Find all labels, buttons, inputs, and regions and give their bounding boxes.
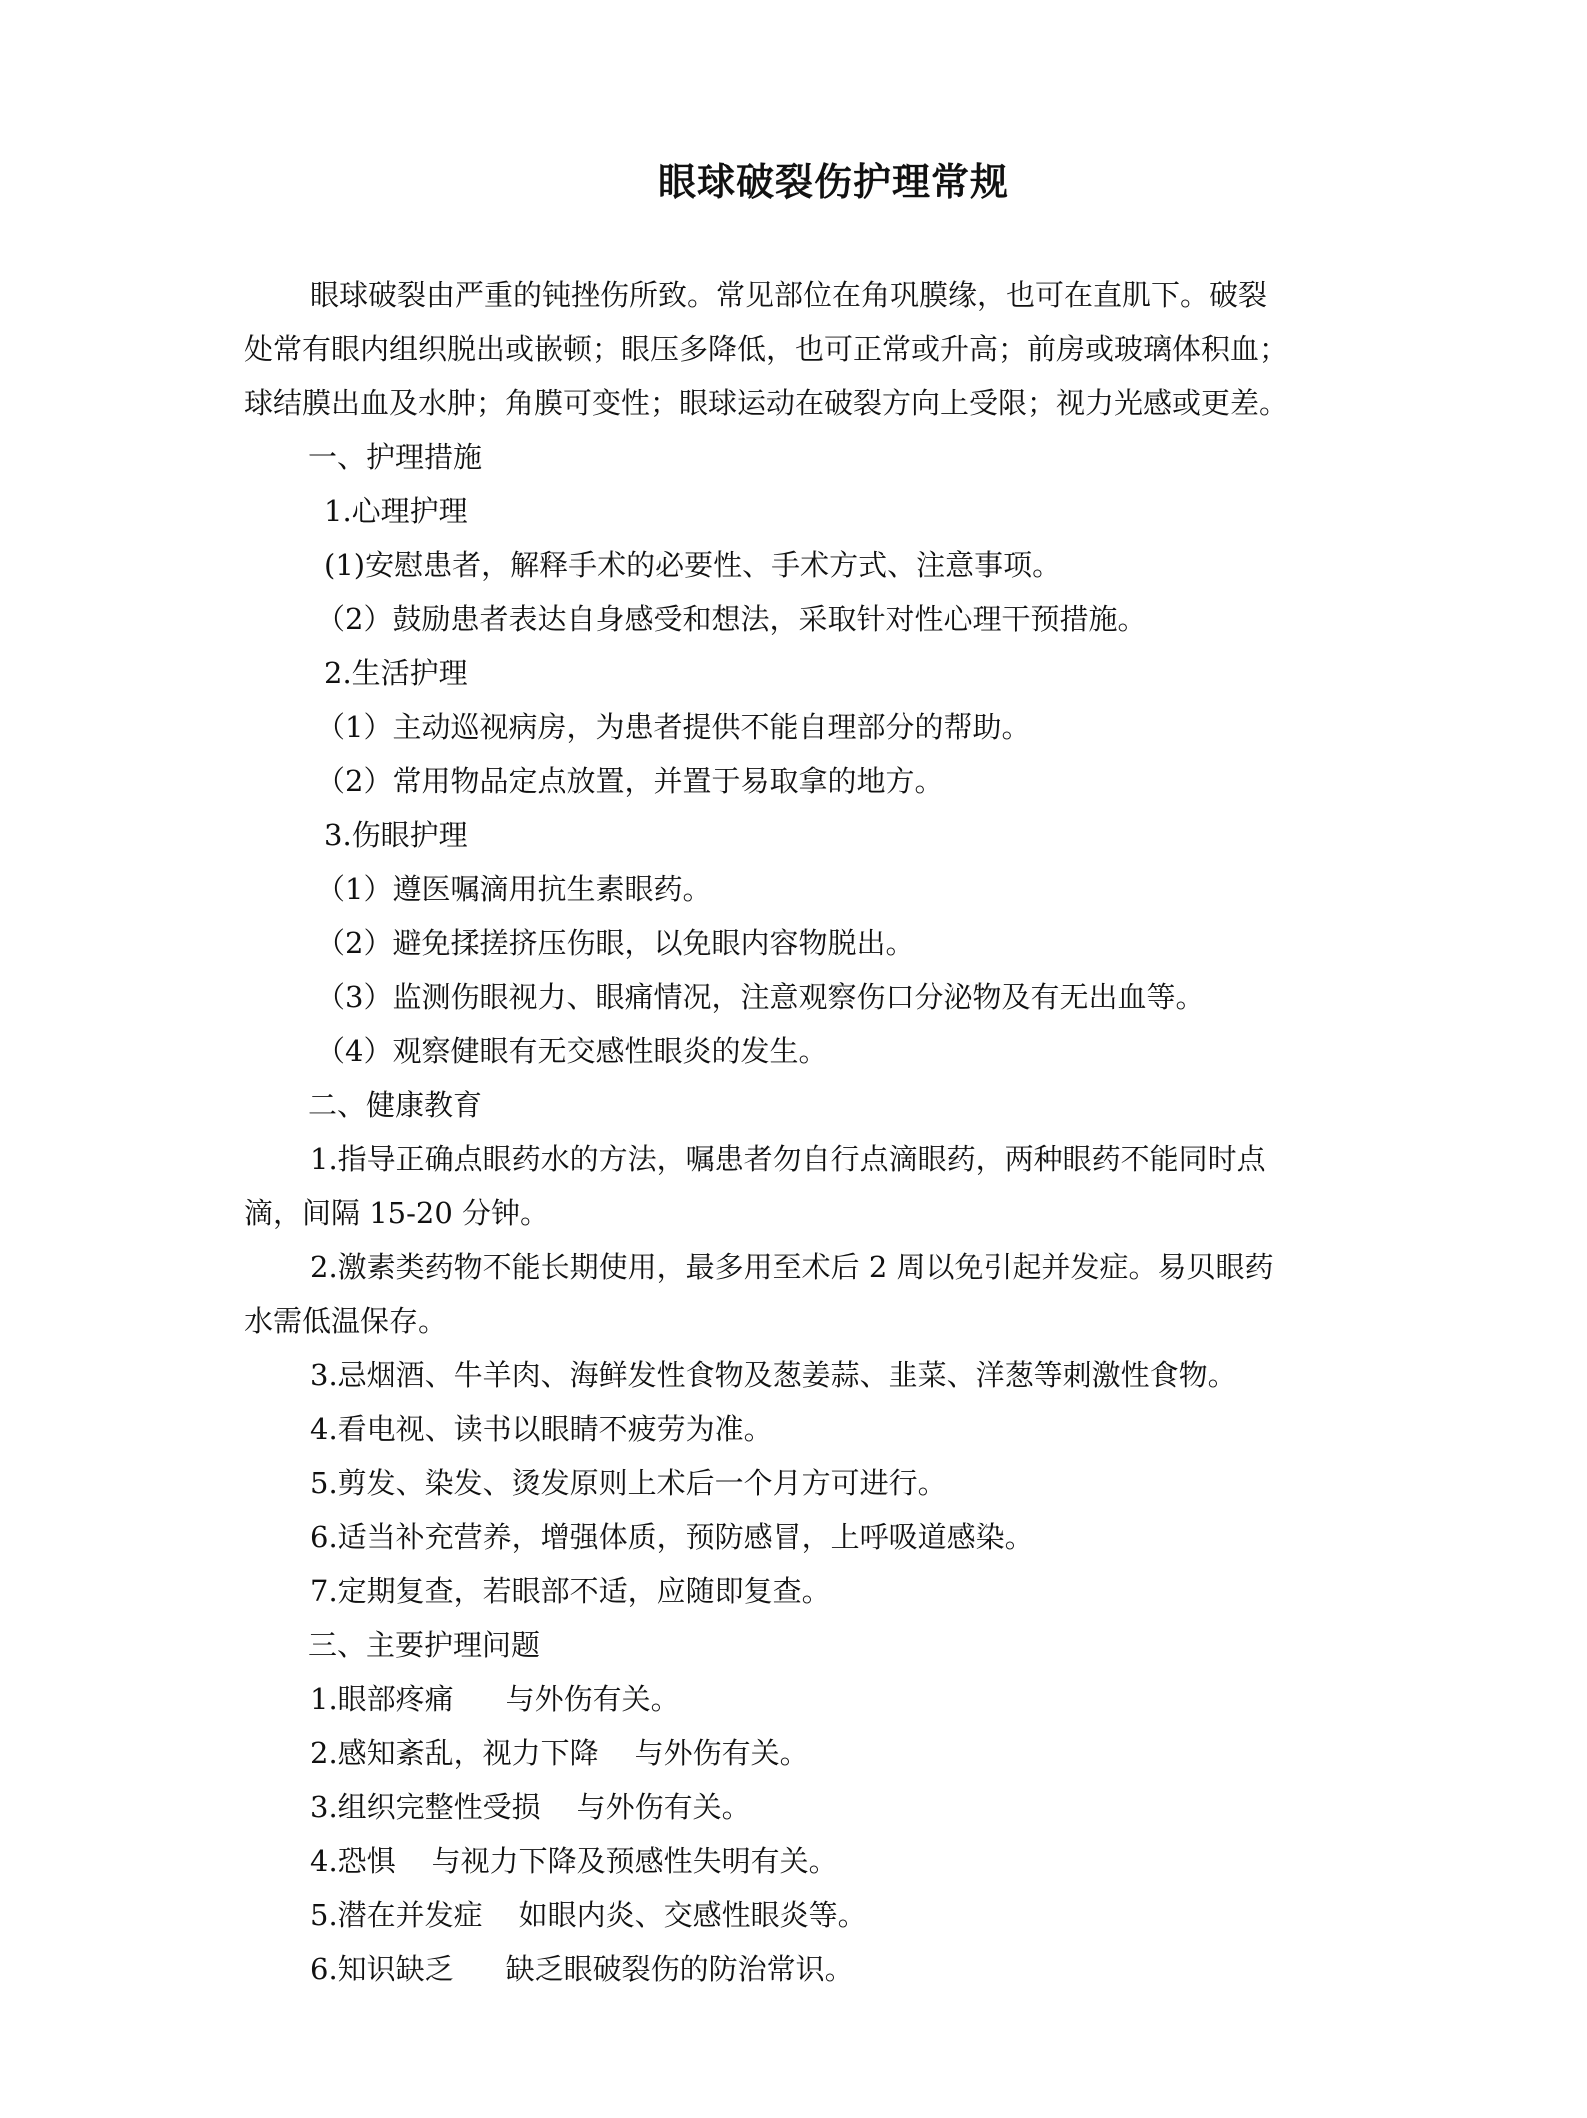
list-item: （1）主动巡视病房，为患者提供不能自理部分的帮助。: [244, 700, 1366, 754]
problem-cause: 如眼内炎、交感性眼炎等。: [519, 1898, 867, 1932]
problem-cause: 与外伤有关。: [635, 1736, 809, 1770]
list-item: 4.看电视、读书以眼睛不疲劳为准。: [244, 1402, 1366, 1456]
list-item: 2.感知紊乱，视力下降与外伤有关。: [244, 1726, 1366, 1780]
problem-cause: 与外伤有关。: [577, 1790, 751, 1824]
section-heading-health-education: 二、健康教育: [244, 1078, 1366, 1132]
problem-label: 5.潜在并发症: [310, 1898, 483, 1932]
list-item: （1）遵医嘱滴用抗生素眼药。: [244, 862, 1366, 916]
list-item: （2）常用物品定点放置，并置于易取拿的地方。: [244, 754, 1366, 808]
problem-label: 3.组织完整性受损: [310, 1790, 541, 1824]
problem-label: 4.恐惧: [310, 1844, 396, 1878]
problem-cause: 与外伤有关。: [506, 1682, 680, 1716]
section-heading-main-nursing-problems: 三、主要护理问题: [244, 1618, 1366, 1672]
subheading-injured-eye-care: 3.伤眼护理: [244, 808, 1366, 862]
list-item: 5.剪发、染发、烫发原则上术后一个月方可进行。: [244, 1456, 1366, 1510]
list-item: （2）鼓励患者表达自身感受和想法，采取针对性心理干预措施。: [244, 592, 1366, 646]
intro-line-3: 球结膜出血及水肿；角膜可变性；眼球运动在破裂方向上受限；视力光感或更差。: [244, 376, 1366, 430]
list-item: 6.知识缺乏缺乏眼破裂伤的防治常识。: [244, 1942, 1366, 1996]
document-title: 眼球破裂伤护理常规: [0, 154, 1587, 210]
list-item: 2.激素类药物不能长期使用，最多用至术后 2 周以免引起并发症。易贝眼药: [244, 1240, 1366, 1294]
list-item: （3）监测伤眼视力、眼痛情况，注意观察伤口分泌物及有无出血等。: [244, 970, 1366, 1024]
document-body: 眼球破裂由严重的钝挫伤所致。常见部位在角巩膜缘，也可在直肌下。破裂 处常有眼内组…: [244, 268, 1366, 1996]
list-item: （2）避免揉搓挤压伤眼，以免眼内容物脱出。: [244, 916, 1366, 970]
list-item: 3.组织完整性受损与外伤有关。: [244, 1780, 1366, 1834]
list-item-continuation: 滴，间隔 15-20 分钟。: [244, 1186, 1366, 1240]
subheading-psychological-care: 1.心理护理: [244, 484, 1366, 538]
intro-line-2: 处常有眼内组织脱出或嵌顿；眼压多降低，也可正常或升高；前房或玻璃体积血；: [244, 322, 1366, 376]
subheading-daily-care: 2.生活护理: [244, 646, 1366, 700]
problem-cause: 与视力下降及预感性失明有关。: [432, 1844, 838, 1878]
list-item: 5.潜在并发症如眼内炎、交感性眼炎等。: [244, 1888, 1366, 1942]
problem-label: 6.知识缺乏: [310, 1952, 454, 1986]
document-page: 眼球破裂伤护理常规 眼球破裂由严重的钝挫伤所致。常见部位在角巩膜缘，也可在直肌下…: [0, 0, 1587, 2118]
list-item: 4.恐惧与视力下降及预感性失明有关。: [244, 1834, 1366, 1888]
intro-line-1: 眼球破裂由严重的钝挫伤所致。常见部位在角巩膜缘，也可在直肌下。破裂: [244, 268, 1366, 322]
list-item: 1.眼部疼痛与外伤有关。: [244, 1672, 1366, 1726]
list-item: 7.定期复查，若眼部不适，应随即复查。: [244, 1564, 1366, 1618]
problem-label: 1.眼部疼痛: [310, 1682, 454, 1716]
list-item: (1)安慰患者，解释手术的必要性、手术方式、注意事项。: [244, 538, 1366, 592]
list-item: （4）观察健眼有无交感性眼炎的发生。: [244, 1024, 1366, 1078]
problem-cause: 缺乏眼破裂伤的防治常识。: [506, 1952, 854, 1986]
section-heading-nursing-measures: 一、护理措施: [244, 430, 1366, 484]
list-item: 3.忌烟酒、牛羊肉、海鲜发性食物及葱姜蒜、韭菜、洋葱等刺激性食物。: [244, 1348, 1366, 1402]
list-item: 6.适当补充营养，增强体质，预防感冒，上呼吸道感染。: [244, 1510, 1366, 1564]
problem-label: 2.感知紊乱，视力下降: [310, 1736, 599, 1770]
list-item-continuation: 水需低温保存。: [244, 1294, 1366, 1348]
list-item: 1.指导正确点眼药水的方法，嘱患者勿自行点滴眼药，两种眼药不能同时点: [244, 1132, 1366, 1186]
